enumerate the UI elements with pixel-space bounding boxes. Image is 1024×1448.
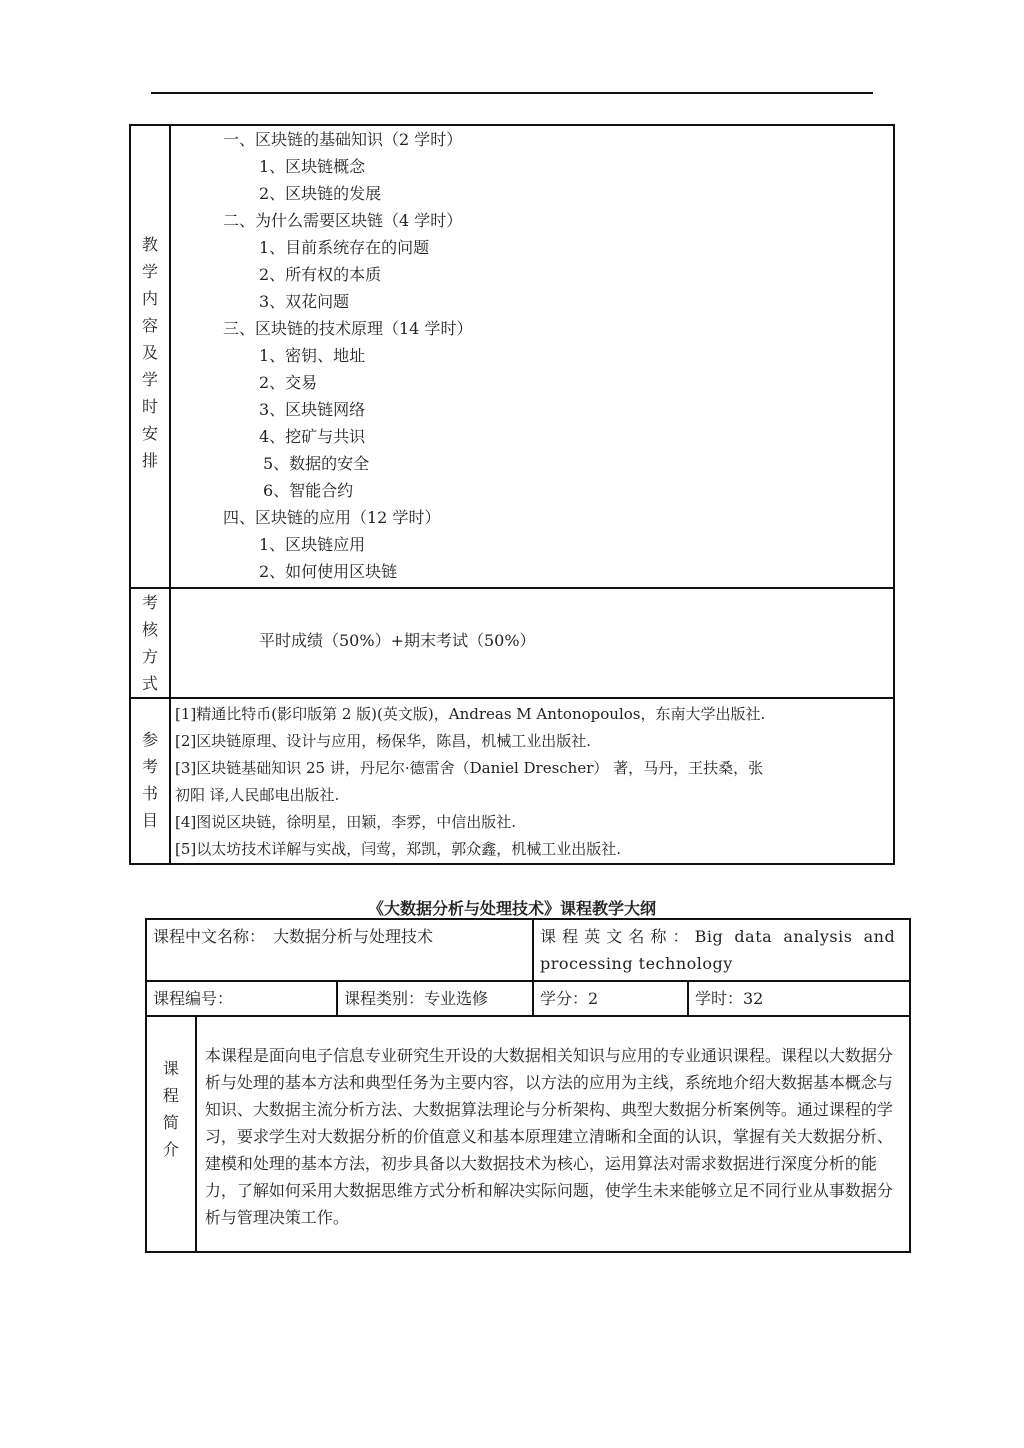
course-hours: 学时：32 bbox=[688, 981, 910, 1016]
course-en-name: 课 程 英 文 名 称 ： Big data analysis and proc… bbox=[533, 919, 910, 981]
references-label: 参考书目 bbox=[130, 698, 170, 864]
chapter-subitem: 6、智能合约 bbox=[171, 477, 893, 504]
exam-label: 考核方式 bbox=[130, 588, 170, 698]
chapter-subitem: 1、区块链应用 bbox=[171, 531, 893, 558]
teaching-content-label-char: 容 bbox=[131, 312, 169, 339]
chapter-subitem: 4、挖矿与共识 bbox=[171, 423, 893, 450]
chapter-heading: 一、区块链的基础知识（2 学时） bbox=[171, 126, 893, 153]
chapter-subitem: 2、所有权的本质 bbox=[171, 261, 893, 288]
teaching-content-label: 教学内容及学时安排 bbox=[130, 125, 170, 588]
reference-item: [3]区块链基础知识 25 讲，丹尼尔·德雷舍（Daniel Drescher）… bbox=[175, 755, 893, 782]
header-rule bbox=[151, 92, 873, 94]
course-table-blockchain: 教学内容及学时安排 一、区块链的基础知识（2 学时）1、区块链概念2、区块链的发… bbox=[129, 124, 895, 865]
chapter-subitem: 3、双花问题 bbox=[171, 288, 893, 315]
course-credits: 学分：2 bbox=[533, 981, 688, 1016]
references-label-char: 参 bbox=[131, 726, 169, 753]
course-intro-label-char: 简 bbox=[148, 1109, 194, 1136]
references-list: [1]精通比特币(影印版第 2 版)(英文版)，Andreas M Antono… bbox=[170, 698, 894, 864]
exam-label-char: 式 bbox=[131, 670, 169, 697]
course-en-name-line1: 课 程 英 文 名 称 ： Big data analysis and bbox=[540, 923, 903, 950]
teaching-content-label-char: 及 bbox=[131, 339, 169, 366]
chapter-subitem: 1、密钥、地址 bbox=[171, 342, 893, 369]
teaching-content-label-char: 学 bbox=[131, 258, 169, 285]
chapter-subitem: 2、区块链的发展 bbox=[171, 180, 893, 207]
teaching-content-label-char: 教 bbox=[131, 231, 169, 258]
chapter-subitem: 5、数据的安全 bbox=[171, 450, 893, 477]
exam-cell: 平时成绩（50%）+期末考试（50%） bbox=[170, 588, 894, 698]
chapter-subitem: 2、如何使用区块链 bbox=[171, 558, 893, 585]
references-row: 参考书目 [1]精通比特币(影印版第 2 版)(英文版)，Andreas M A… bbox=[130, 698, 894, 864]
chapter-subitem: 3、区块链网络 bbox=[171, 396, 893, 423]
chapter-subitem: 1、区块链概念 bbox=[171, 153, 893, 180]
course-cn-name: 课程中文名称： 大数据分析与处理技术 bbox=[146, 919, 533, 981]
teaching-content-label-char: 安 bbox=[131, 420, 169, 447]
teaching-content-label-char: 排 bbox=[131, 447, 169, 474]
course-en-name-line2: processing technology bbox=[540, 950, 903, 977]
exam-label-char: 方 bbox=[131, 643, 169, 670]
exam-label-char: 考 bbox=[131, 589, 169, 616]
chapter-heading: 二、为什么需要区块链（4 学时） bbox=[171, 207, 893, 234]
exam-label-char: 核 bbox=[131, 616, 169, 643]
course-intro-label-char: 程 bbox=[148, 1082, 194, 1109]
teaching-content-list: 一、区块链的基础知识（2 学时）1、区块链概念2、区块链的发展二、为什么需要区块… bbox=[170, 125, 894, 588]
course-intro-label-char: 课 bbox=[148, 1055, 194, 1082]
teaching-content-label-char: 时 bbox=[131, 393, 169, 420]
course-table-bigdata: 课程中文名称： 大数据分析与处理技术 课 程 英 文 名 称 ： Big dat… bbox=[145, 918, 911, 1253]
reference-item: [4]图说区块链，徐明星，田颖，李雰，中信出版社. bbox=[175, 809, 893, 836]
references-label-char: 考 bbox=[131, 753, 169, 780]
teaching-content-label-char: 内 bbox=[131, 285, 169, 312]
course-intro-label: 课程简介 bbox=[146, 1016, 196, 1252]
references-label-char: 目 bbox=[131, 807, 169, 834]
course-name-row: 课程中文名称： 大数据分析与处理技术 课 程 英 文 名 称 ： Big dat… bbox=[146, 919, 910, 981]
chapter-heading: 四、区块链的应用（12 学时） bbox=[171, 504, 893, 531]
teaching-content-label-char: 学 bbox=[131, 366, 169, 393]
teaching-content-row: 教学内容及学时安排 一、区块链的基础知识（2 学时）1、区块链概念2、区块链的发… bbox=[130, 125, 894, 588]
course-type: 课程类别：专业选修 bbox=[337, 981, 533, 1016]
references-label-char: 书 bbox=[131, 780, 169, 807]
course-code: 课程编号： bbox=[146, 981, 337, 1016]
exam-row: 考核方式 平时成绩（50%）+期末考试（50%） bbox=[130, 588, 894, 698]
course-intro-label-char: 介 bbox=[148, 1136, 194, 1163]
course-meta-row: 课程编号： 课程类别：专业选修 学分：2 学时：32 bbox=[146, 981, 910, 1016]
chapter-subitem: 1、目前系统存在的问题 bbox=[171, 234, 893, 261]
reference-item: [2]区块链原理、设计与应用，杨保华，陈昌，机械工业出版社. bbox=[175, 728, 893, 755]
course-intro-text: 本课程是面向电子信息专业研究生开设的大数据相关知识与应用的专业通识课程。课程以大… bbox=[196, 1016, 910, 1252]
reference-item: 初阳 译,人民邮电出版社. bbox=[175, 782, 893, 809]
course-intro-row: 课程简介 本课程是面向电子信息专业研究生开设的大数据相关知识与应用的专业通识课程… bbox=[146, 1016, 910, 1252]
chapter-subitem: 2、交易 bbox=[171, 369, 893, 396]
exam-method-text: 平时成绩（50%）+期末考试（50%） bbox=[171, 589, 893, 654]
reference-item: [5]以太坊技术详解与实战，闫莺，郑凯，郭众鑫，机械工业出版社. bbox=[175, 836, 893, 863]
syllabus-title: 《大数据分析与处理技术》课程教学大纲 bbox=[0, 896, 1024, 919]
reference-item: [1]精通比特币(影印版第 2 版)(英文版)，Andreas M Antono… bbox=[175, 701, 893, 728]
chapter-heading: 三、区块链的技术原理（14 学时） bbox=[171, 315, 893, 342]
